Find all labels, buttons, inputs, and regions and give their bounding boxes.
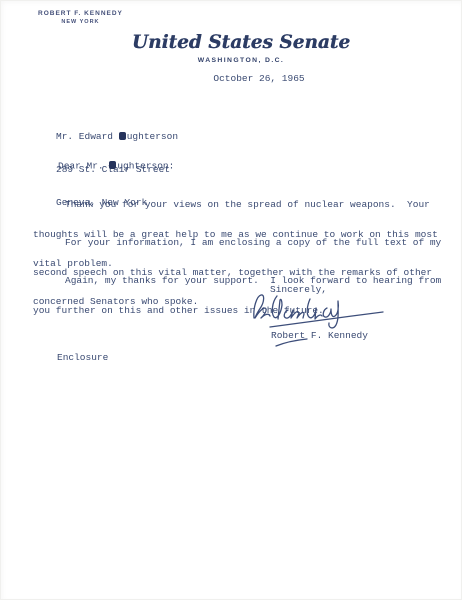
redacted-initial xyxy=(109,161,116,169)
typed-signature-name: Robert F. Kennedy xyxy=(271,331,368,341)
sender-state: NEW YORK xyxy=(38,19,123,25)
recipient-name-suffix: ughterson xyxy=(127,131,178,142)
enclosure-note: Enclosure xyxy=(57,353,108,363)
sender-name: ROBERT F. KENNEDY xyxy=(38,10,123,17)
recipient-name-line: Mr. Edward ughterson xyxy=(56,131,178,142)
paragraph-line: Again, my thanks for your support. I loo… xyxy=(33,276,453,286)
paragraph-line: For your information, I am enclosing a c… xyxy=(33,238,453,248)
sender-block: ROBERT F. KENNEDY NEW YORK xyxy=(38,10,123,25)
redacted-initial xyxy=(119,132,126,140)
recipient-name-prefix: Mr. Edward xyxy=(56,131,119,142)
letter-page: ROBERT F. KENNEDY NEW YORK United States… xyxy=(0,0,462,600)
signature-script xyxy=(250,289,400,354)
paragraph-line: Thank you for your views on the spread o… xyxy=(33,200,453,210)
salutation-prefix: Dear Mr. xyxy=(58,161,109,172)
salutation-suffix: ughterson: xyxy=(117,161,174,172)
letterhead-title: United States Senate xyxy=(0,32,462,53)
letter-date: October 26, 1965 xyxy=(0,73,462,84)
letterhead-city: WASHINGTON, D.C. xyxy=(0,57,462,64)
salutation: Dear Mr. ughterson: xyxy=(58,161,174,171)
